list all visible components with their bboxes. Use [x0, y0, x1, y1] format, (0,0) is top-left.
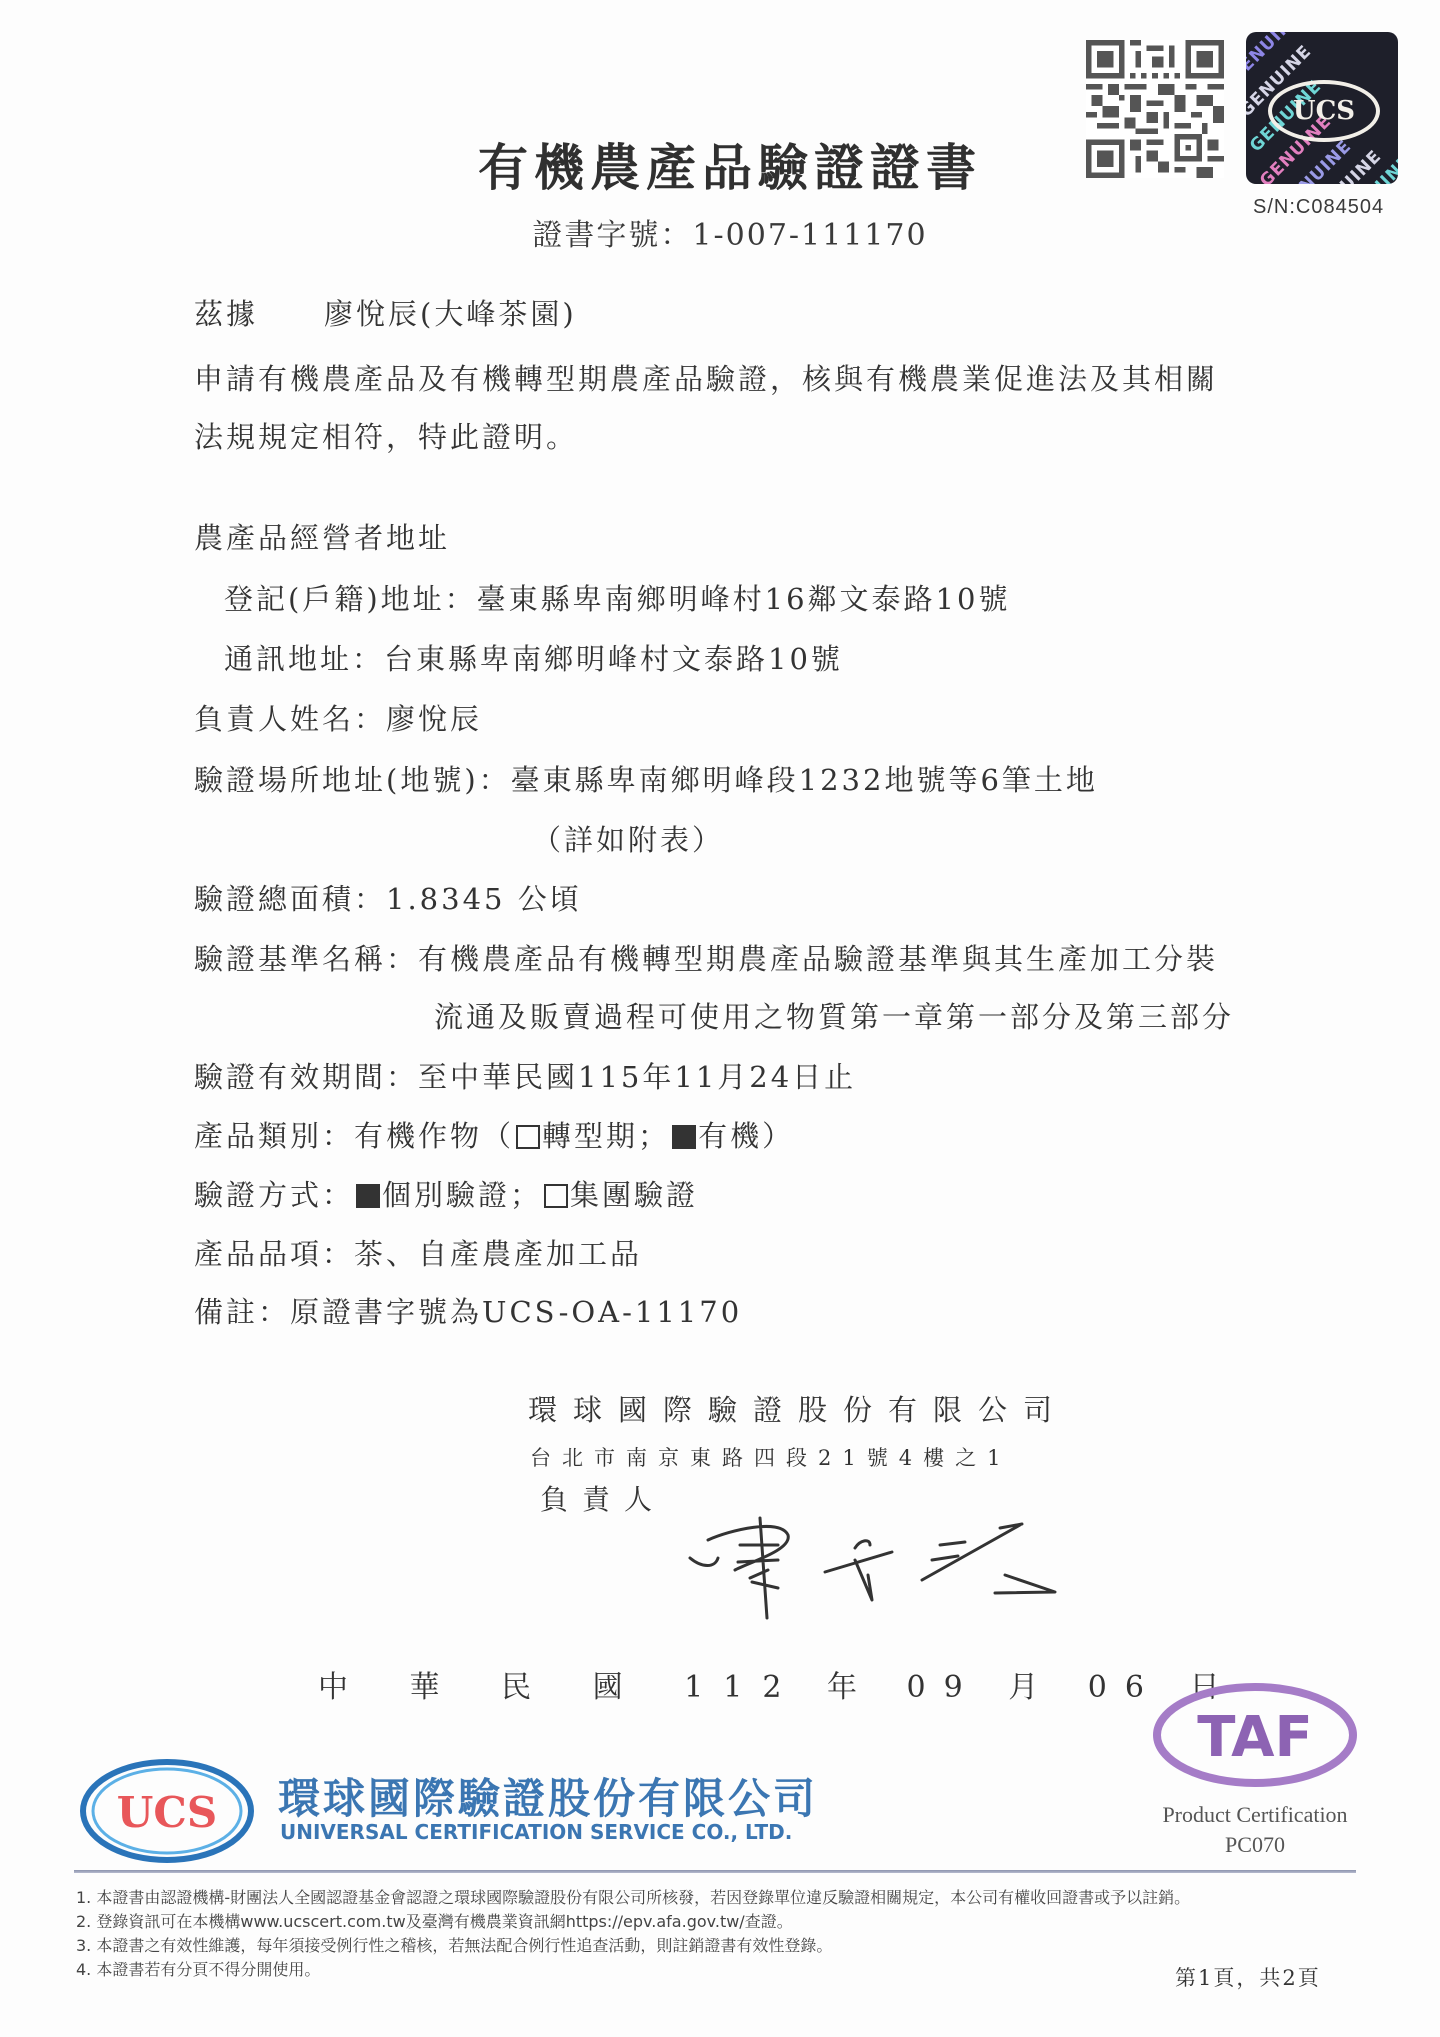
field-value: 原證書字號為UCS-OA-11170	[290, 1295, 742, 1329]
taf-caption-title: Product Certification	[1130, 1800, 1380, 1830]
standard-row: 驗證基準名稱：有機農產品有機轉型期農產品驗證基準與其生產加工分裝	[194, 937, 1218, 978]
field-value: 1.8345 公頃	[386, 882, 582, 916]
field-label: 產品品項：	[194, 1237, 354, 1271]
issuer-company: 環球國際驗證股份有限公司	[528, 1388, 1068, 1429]
footer-note: 3. 本證書之有效性維護，每年須接受例行性之稽核，若無法配合例行性追查活動，則註…	[76, 1934, 1190, 1958]
field-value: 臺東縣卑南鄉明峰村16鄰文泰路10號	[477, 582, 1011, 616]
taf-logo-text: TAF	[1197, 1705, 1312, 1770]
footer-note: 4. 本證書若有分頁不得分開使用。	[76, 1958, 1190, 1982]
field-label: 驗證總面積：	[194, 882, 386, 916]
checkbox-group[interactable]	[544, 1184, 568, 1208]
date-year-unit: 年	[827, 1662, 857, 1706]
date-month: 09	[907, 1670, 981, 1705]
page-indicator: 第1頁，共2頁	[1175, 1962, 1321, 1992]
mailing-address-row: 通訊地址：台東縣卑南鄉明峰村文泰路10號	[224, 637, 843, 678]
taf-logo-icon: TAF	[1150, 1680, 1360, 1790]
field-value: 有機農產品有機轉型期農產品驗證基準與其生產加工分裝	[418, 942, 1218, 976]
certificate-number: 證書字號：1-007-111170	[0, 210, 1440, 254]
field-value: 台東縣卑南鄉明峰村文泰路10號	[384, 642, 843, 676]
ucs-logo: UCS	[78, 1757, 256, 1865]
field-label: 驗證有效期間：	[194, 1060, 418, 1094]
intro-statement-line-1: 申請有機農產品及有機轉型期農產品驗證，核與有機農業促進法及其相關	[194, 357, 1218, 398]
category-row: 產品類別：有機作物（轉型期；有機）	[194, 1114, 794, 1155]
footer-note: 1. 本證書由認證機構-財團法人全國認證基金會認證之環球國際驗證股份有限公司所核…	[76, 1886, 1190, 1910]
applicant-name: 廖悅辰(大峰茶園)	[324, 297, 577, 331]
footer-notes: 1. 本證書由認證機構-財團法人全國認證基金會認證之環球國際驗證股份有限公司所核…	[76, 1886, 1190, 1982]
field-label: 通訊地址：	[224, 642, 384, 676]
field-label: 驗證方式：	[194, 1178, 354, 1212]
signatory-label: 負責人	[540, 1478, 666, 1518]
separator: ）	[762, 1119, 794, 1153]
field-label: 備註：	[194, 1295, 290, 1329]
qr-code-icon[interactable]	[1086, 40, 1224, 178]
checkbox-label: 有機	[698, 1119, 762, 1153]
checkbox-organic-checked[interactable]	[672, 1125, 696, 1149]
checkbox-individual-checked[interactable]	[356, 1184, 380, 1208]
certificate-number-value: 1-007-111170	[692, 218, 927, 253]
checkbox-label: 轉型期	[542, 1119, 638, 1153]
intro-prefix: 茲據	[194, 297, 258, 331]
field-value: 臺東縣卑南鄉明峰段1232地號等6筆土地	[511, 763, 1098, 797]
separator: ；	[510, 1178, 542, 1212]
ucs-company-name-zh: 環球國際驗證股份有限公司	[278, 1766, 818, 1826]
ucs-logo-icon: UCS	[78, 1757, 256, 1865]
signature-icon	[660, 1500, 1080, 1630]
serial-number: S/N:C084504	[1253, 196, 1384, 219]
items-row: 產品品項：茶、自產農產加工品	[194, 1232, 642, 1273]
operator-address-heading: 農產品經營者地址	[194, 516, 450, 557]
field-value: 廖悅辰	[386, 702, 482, 736]
site-address-row: 驗證場所地址(地號)：臺東縣卑南鄉明峰段1232地號等6筆土地	[194, 758, 1098, 799]
intro-applicant-line: 茲據廖悅辰(大峰茶園)	[194, 292, 577, 333]
registered-address-row: 登記(戶籍)地址：臺東縣卑南鄉明峰村16鄰文泰路10號	[224, 577, 1010, 618]
date-year: 112	[684, 1670, 801, 1705]
validity-row: 驗證有效期間：至中華民國115年11月24日止	[194, 1055, 856, 1096]
date-month-unit: 月	[1008, 1662, 1038, 1706]
checkbox-transition-period[interactable]	[516, 1125, 540, 1149]
ucs-logo-text: UCS	[117, 1788, 217, 1837]
hologram-ucs-logo: UCS	[1268, 80, 1380, 142]
issue-date: 中 華 民 國 112 年 09 月 06 日	[318, 1662, 1220, 1706]
issuer-address: 台北市南京東路四段21號4樓之1	[530, 1442, 1011, 1472]
intro-statement-line-2: 法規規定相符，特此證明。	[194, 415, 578, 456]
remarks-row: 備註：原證書字號為UCS-OA-11170	[194, 1290, 742, 1331]
checkbox-label: 集團驗證	[570, 1178, 698, 1212]
certificate-title: 有機農產品驗證證書	[0, 128, 1440, 200]
checkbox-label: 個別驗證	[382, 1178, 510, 1212]
responsible-person-row: 負責人姓名：廖悅辰	[194, 697, 482, 738]
taf-logo: TAF	[1150, 1680, 1360, 1790]
field-value: 茶、自產農產加工品	[354, 1237, 642, 1271]
field-value: 至中華民國115年11月24日止	[418, 1060, 856, 1094]
genuine-hologram-sticker: GENUINE GENUINE GENUINE GENUINE GENUINE …	[1246, 32, 1398, 184]
total-area-row: 驗證總面積：1.8345 公頃	[194, 877, 582, 918]
method-row: 驗證方式：個別驗證；集團驗證	[194, 1173, 698, 1214]
field-label: 登記(戶籍)地址：	[224, 582, 477, 616]
footer-note: 2. 登錄資訊可在本機構www.ucscert.com.tw及臺灣有機農業資訊網…	[76, 1910, 1190, 1934]
certificate-number-label: 證書字號：	[532, 218, 692, 253]
category-prefix: 有機作物（	[354, 1119, 514, 1153]
field-label: 驗證基準名稱：	[194, 942, 418, 976]
footer-divider	[74, 1870, 1356, 1873]
site-address-note: （詳如附表）	[532, 818, 724, 859]
field-label: 產品類別：	[194, 1119, 354, 1153]
taf-caption-code: PC070	[1130, 1830, 1380, 1860]
field-label: 驗證場所地址(地號)：	[194, 763, 511, 797]
ucs-company-name-en: UNIVERSAL CERTIFICATION SERVICE CO., LTD…	[280, 1820, 792, 1844]
standard-row-continued: 流通及販賣過程可使用之物質第一章第一部分及第三部分	[434, 995, 1234, 1036]
taf-caption: Product Certification PC070	[1130, 1800, 1380, 1860]
field-label: 負責人姓名：	[194, 702, 386, 736]
date-era: 中 華 民 國	[318, 1662, 649, 1706]
separator: ；	[638, 1119, 670, 1153]
